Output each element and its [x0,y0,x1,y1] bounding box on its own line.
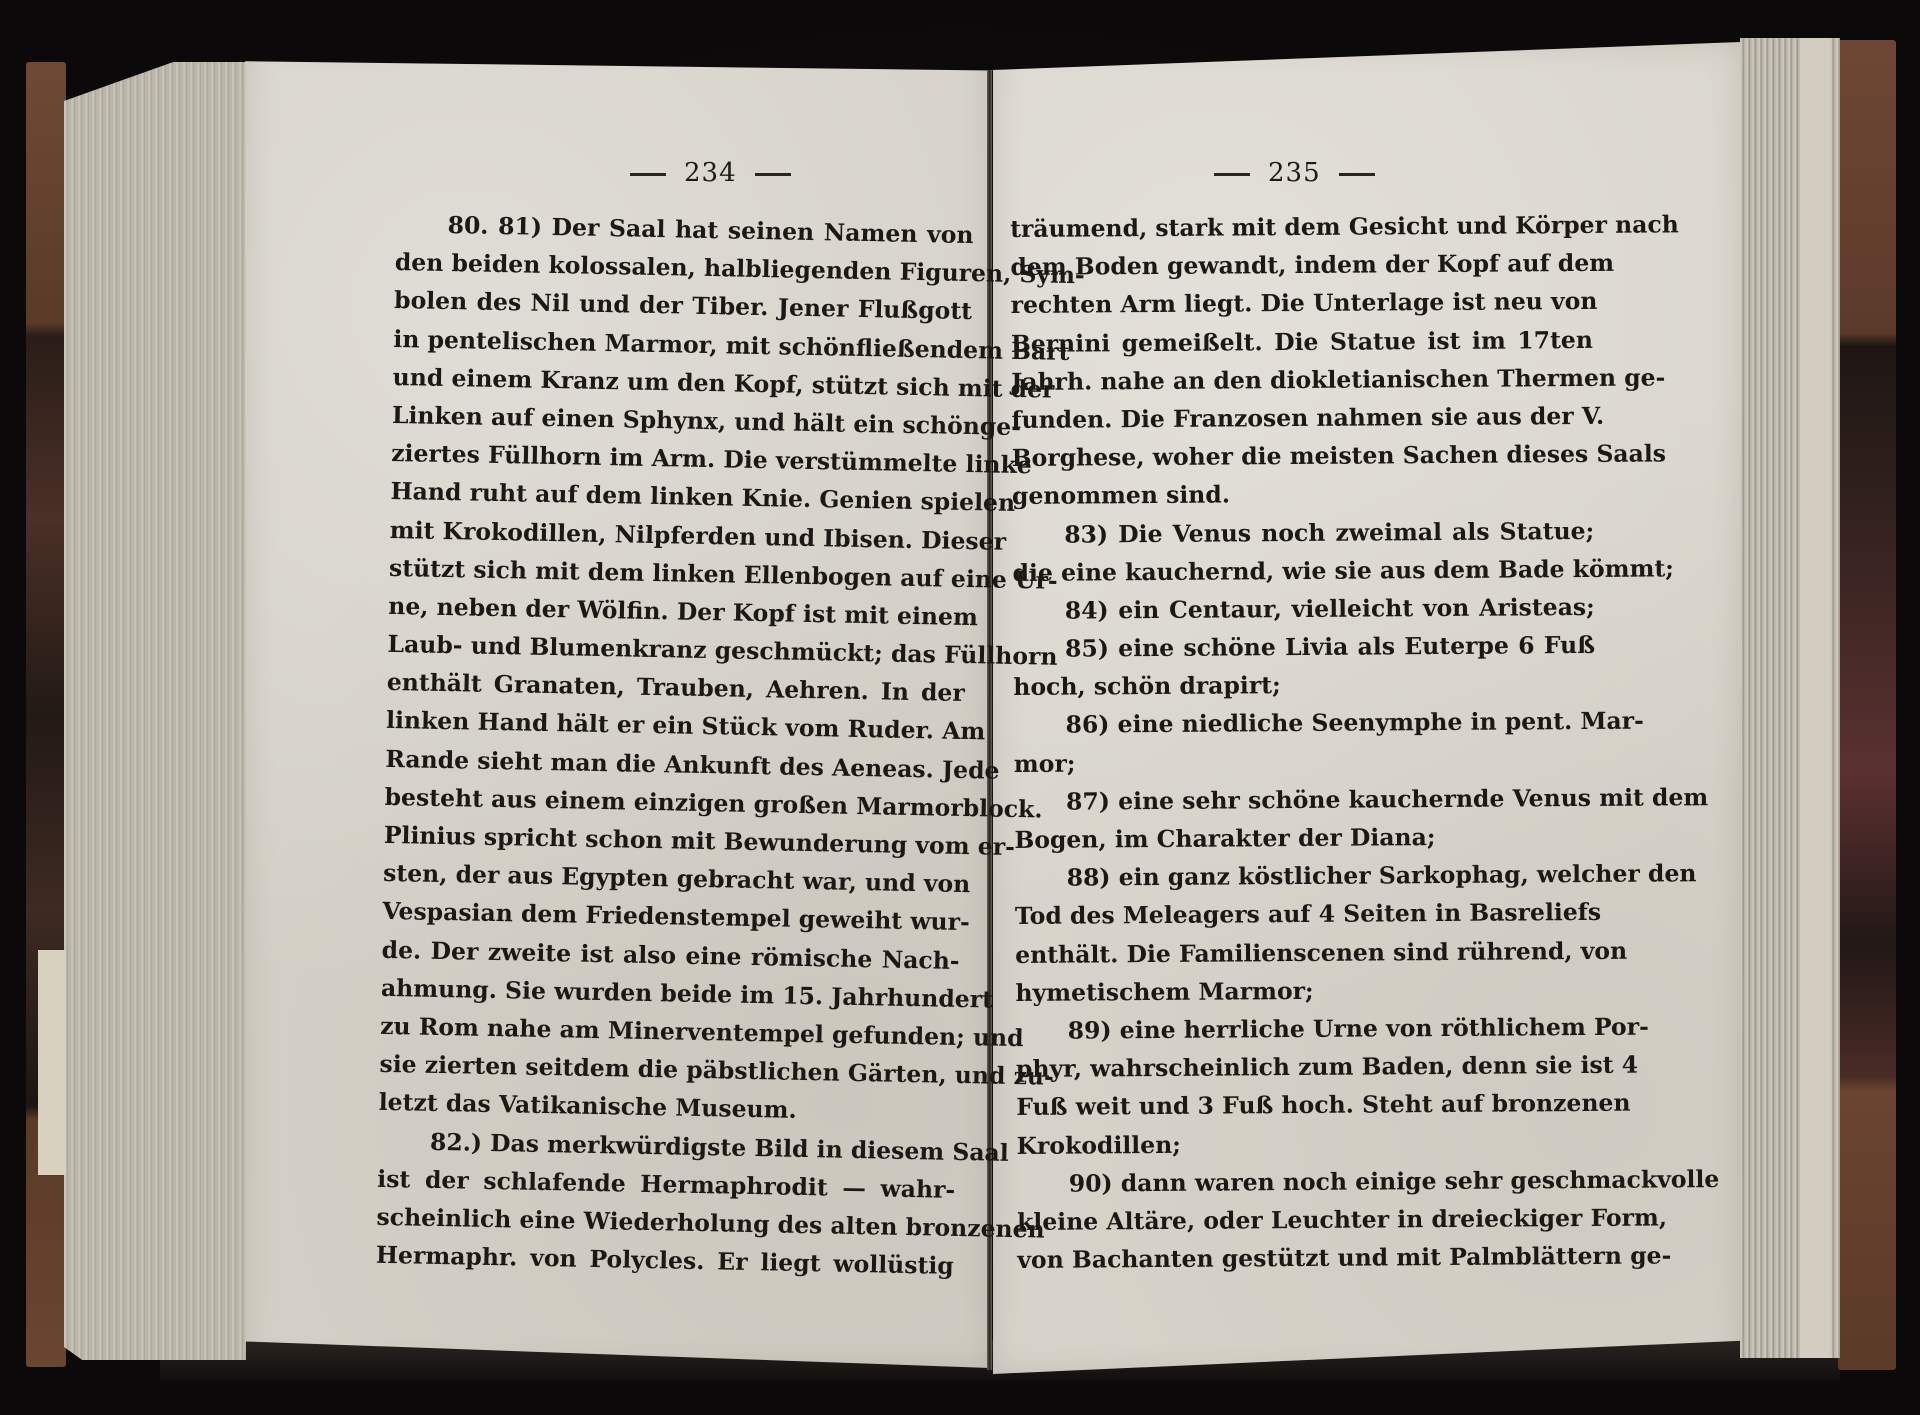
text-line: hymetischem Marmor; [1015,970,1597,1012]
paper-slip [38,950,66,1175]
text-line: Tod des Meleagers auf 4 Seiten in Basrel… [1015,893,1597,935]
right-page-text-block: träumend, stark mit dem Gesicht und Körp… [1010,206,1599,1279]
text-line: rechten Arm liegt. Die Unterlage ist neu… [1011,282,1593,324]
text-line: Bogen, im Charakter der Diana; [1014,817,1596,859]
text-line: 88) ein ganz köstlicher Sarkophag, welch… [1015,855,1597,897]
text-line: 85) eine schöne Livia als Euterpe 6 Fuß [1013,626,1595,668]
page-number: 235 [1268,158,1321,188]
text-line: 83) Die Venus noch zweimal als Statue; [1012,511,1594,553]
text-line: von Bachanten gestützt und mit Palmblätt… [1017,1237,1599,1279]
text-line: genommen sind. [1012,473,1594,515]
header-dash-icon [755,173,791,176]
left-page-stack-edge [64,62,246,1360]
header-dash-icon [1339,173,1375,176]
text-line: enthält. Die Familienscenen sind rührend… [1015,931,1597,973]
text-line: 87) eine sehr schöne kauchernde Venus mi… [1014,779,1596,821]
left-page-header: 234 [612,158,809,188]
page-number: 234 [684,158,737,188]
right-page-header: 235 [1196,158,1393,188]
right-page-stack-edge [1740,38,1840,1358]
text-line: Fuß weit und 3 Fuß hoch. Steht auf bronz… [1016,1084,1598,1126]
text-line: hoch, schön drapirt; [1013,664,1595,706]
text-line: dem Boden gewandt, indem der Kopf auf de… [1010,244,1592,286]
right-cover-board [1838,40,1896,1370]
header-dash-icon [630,173,666,176]
text-line: Bernini gemeißelt. Die Statue ist im 17t… [1011,320,1593,362]
header-dash-icon [1214,173,1250,176]
text-line: 84) ein Centaur, vielleicht von Aristeas… [1013,588,1595,630]
text-line: 89) eine herrliche Urne von röthlichem P… [1016,1008,1598,1050]
text-line: kleine Altäre, oder Leuchter in dreiecki… [1017,1199,1599,1241]
text-line: Borghese, woher die meisten Sachen diese… [1012,435,1594,477]
left-page-text-block: 80. 81) Der Saal hat seinen Namen vonden… [375,205,973,1285]
text-line: 90) dann waren noch einige sehr geschmac… [1017,1161,1599,1203]
text-line: mor; [1014,741,1596,783]
text-line: Krokodillen; [1016,1122,1598,1164]
text-line: phyr, wahrscheinlich zum Baden, denn sie… [1016,1046,1598,1088]
text-line: Jahrh. nahe an den diokletianischen Ther… [1011,359,1593,401]
text-line: 86) eine niedliche Seenymphe in pent. Ma… [1013,702,1595,744]
text-line: die eine kauchernd, wie sie aus dem Bade… [1012,550,1594,592]
text-line: funden. Die Franzosen nahmen sie aus der… [1011,397,1593,439]
text-line: träumend, stark mit dem Gesicht und Körp… [1010,206,1592,248]
